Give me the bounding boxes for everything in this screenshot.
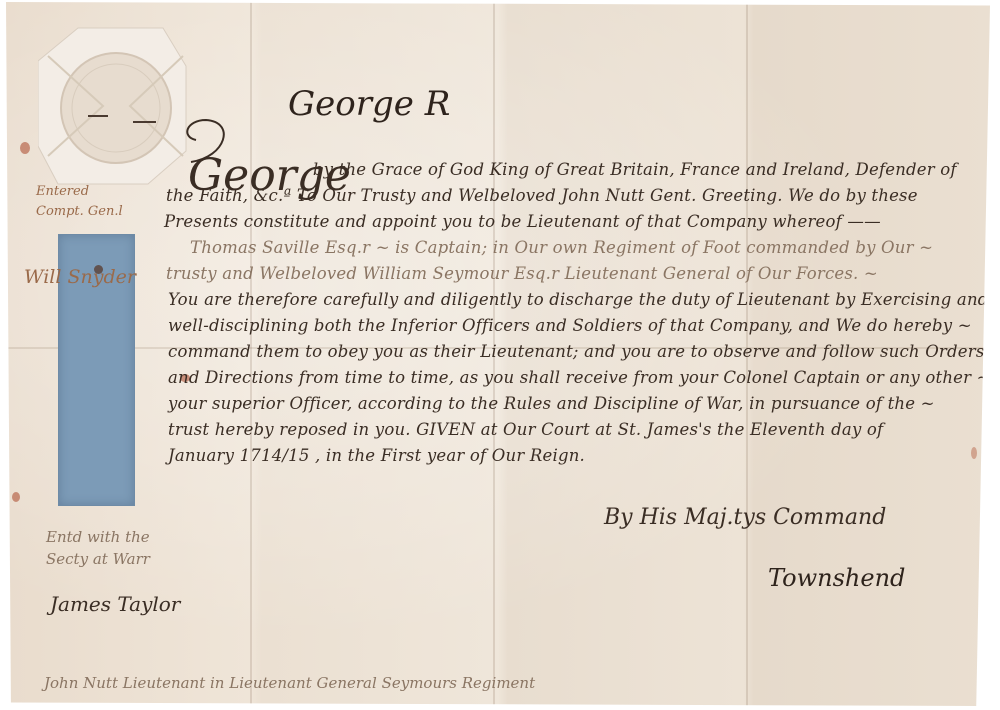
stain bbox=[12, 492, 20, 502]
body-line: command them to obey you as their Lieute… bbox=[168, 342, 985, 361]
document-paper: George R Entered Compt. Gen.l Will Snyde… bbox=[6, 2, 990, 706]
body-line: , by the Grace of God King of Great Brit… bbox=[302, 160, 957, 179]
command-line: By His Maj.tys Command bbox=[604, 505, 886, 530]
body-line: your superior Officer, according to the … bbox=[168, 394, 935, 413]
war-office-note: Entd with the Secty at Warr bbox=[46, 526, 150, 570]
body-line: well-disciplining both the Inferior Offi… bbox=[168, 316, 972, 335]
registered-note: Will Snyder bbox=[24, 266, 136, 288]
body-line: January 1714/15 , in the First year of O… bbox=[168, 446, 585, 465]
embossed-seal-icon bbox=[38, 16, 188, 186]
body-line: the Faith, &c.ª To Our Trusty and Welbel… bbox=[166, 186, 918, 205]
entered-note: Entered Compt. Gen.l bbox=[36, 182, 123, 222]
body-line: Presents constitute and appoint you to b… bbox=[164, 212, 881, 231]
secretary-signature: Townshend bbox=[768, 564, 905, 592]
war-office-signature: James Taylor bbox=[50, 592, 180, 616]
body-line: and Directions from time to time, as you… bbox=[168, 368, 991, 387]
endorsement-line: John Nutt Lieutenant in Lieutenant Gener… bbox=[44, 674, 535, 692]
royal-signature: George R bbox=[288, 84, 450, 124]
body-line: trust hereby reposed in you. GIVEN at Ou… bbox=[168, 420, 883, 439]
body-line: trusty and Welbeloved William Seymour Es… bbox=[166, 264, 878, 283]
body-line: Thomas Saville Esq.r ~ is Captain; in Ou… bbox=[190, 238, 933, 257]
stain bbox=[971, 447, 977, 459]
body-line: You are therefore carefully and diligent… bbox=[168, 290, 989, 309]
stain bbox=[20, 142, 30, 154]
